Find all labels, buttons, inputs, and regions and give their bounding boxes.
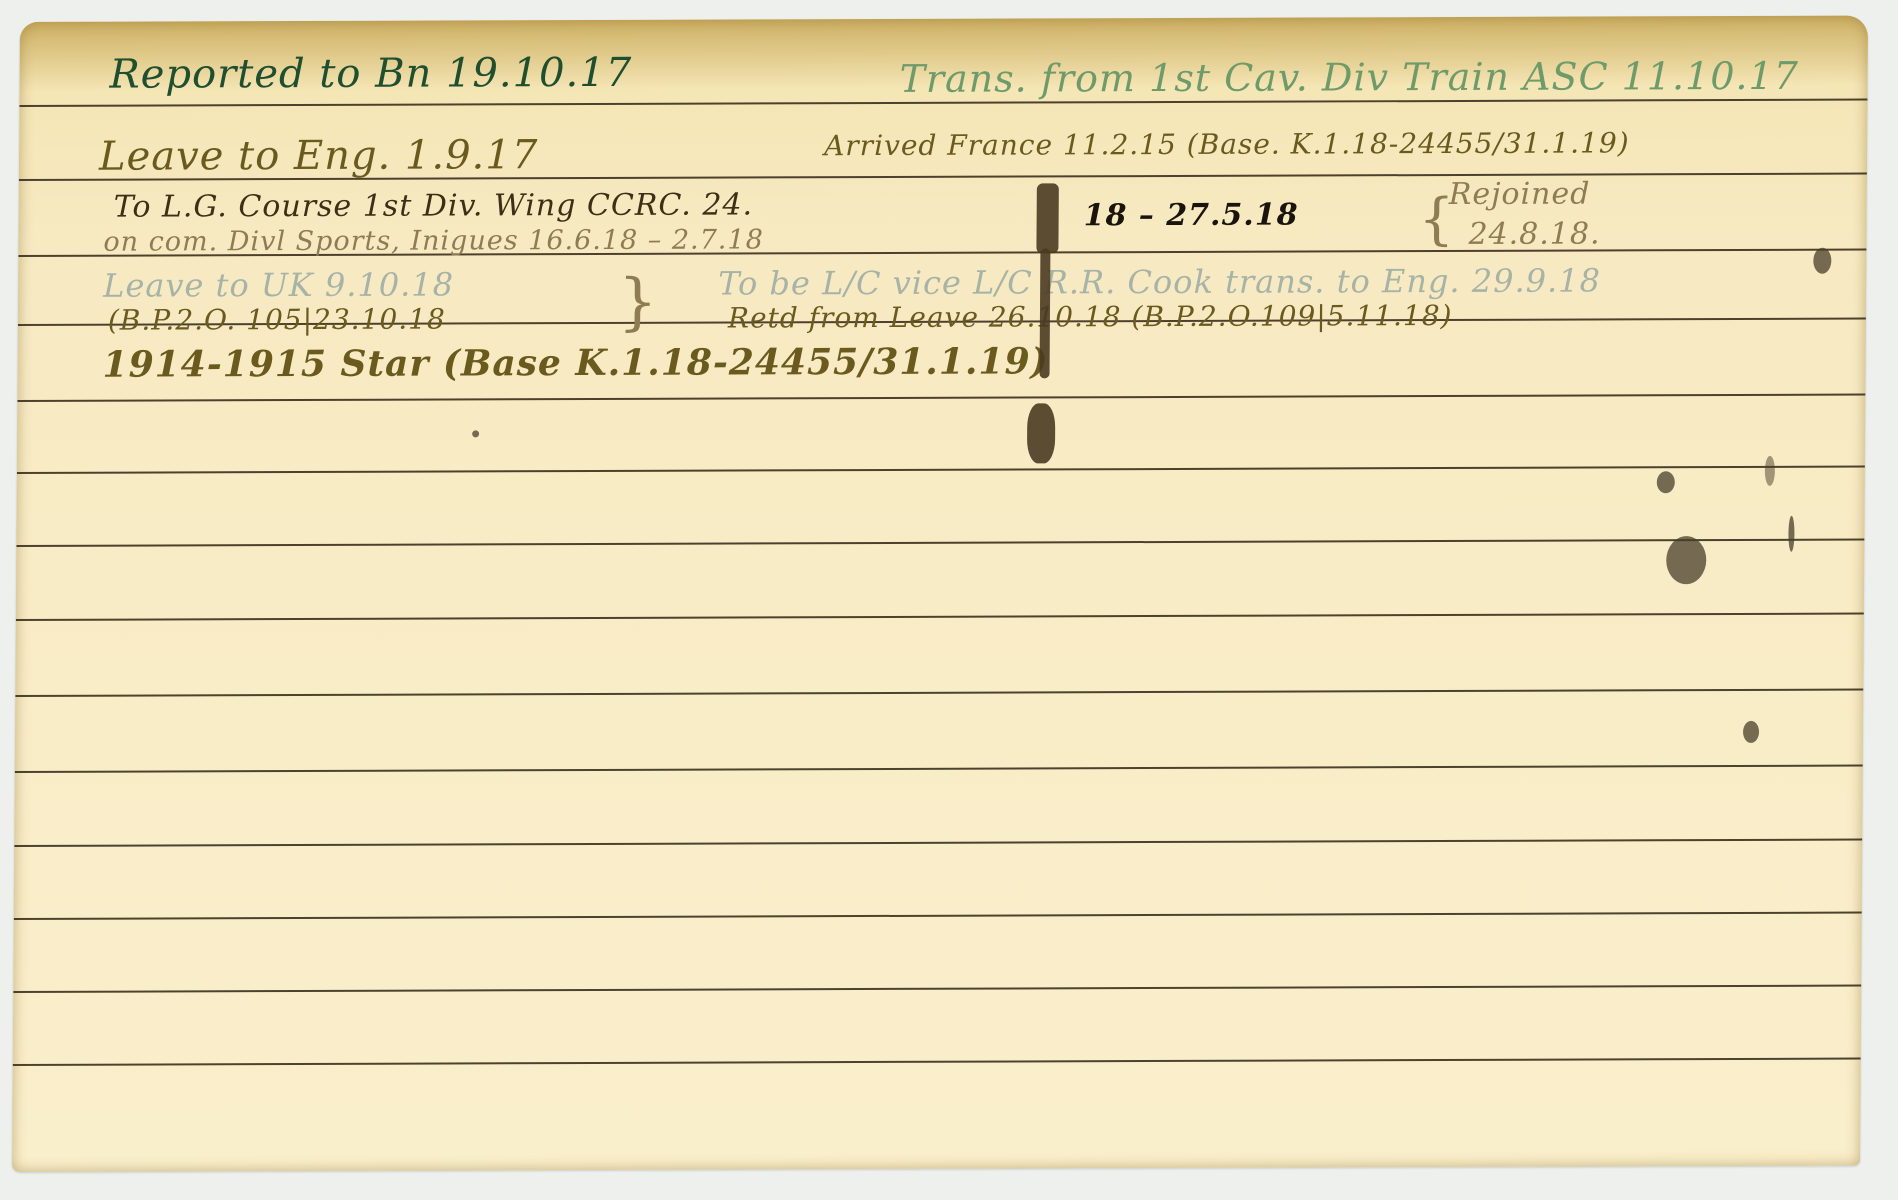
ruled-line [17, 394, 1865, 402]
record-card: Reported to Bn 19.10.17 Trans. from 1st … [12, 16, 1868, 1172]
ruled-line [15, 689, 1863, 697]
entry-to-be-lc: To be L/C vice L/C R.R. Cook trans. to E… [718, 261, 1601, 302]
entry-lg-course: To L.G. Course 1st Div. Wing CCRC. 24. [114, 187, 754, 224]
ink-spot [472, 430, 479, 437]
brace-left: } [618, 265, 659, 338]
entry-lg-course-dates: 18 – 27.5.18 [1084, 198, 1299, 234]
ink-spot [1788, 516, 1794, 552]
entry-leave-england: Leave to Eng. 1.9.17 [99, 132, 539, 180]
ink-spot [1813, 248, 1831, 274]
ink-streak [1040, 248, 1051, 378]
entry-returned-leave: Retd from Leave 26.10.18 (B.P.2.O.109|5.… [728, 299, 1453, 335]
ink-spot [1657, 471, 1675, 493]
entry-rejoined-date: 24.8.18. [1468, 216, 1600, 251]
ruled-line [13, 985, 1861, 993]
ruled-line [17, 466, 1865, 474]
entry-transferred: Trans. from 1st Cav. Div Train ASC 11.10… [899, 54, 1799, 101]
ruled-line [14, 912, 1862, 920]
entry-reported: Reported to Bn 19.10.17 [109, 50, 632, 98]
entry-bp-105: (B.P.2.O. 105|23.10.18 [108, 303, 446, 337]
ruled-line [15, 765, 1863, 773]
ink-blot [1027, 403, 1055, 463]
ruled-line [13, 1058, 1861, 1066]
ink-streak [1036, 183, 1058, 253]
entry-arrived-france: Arrived France 11.2.15 (Base. K.1.18-244… [824, 126, 1630, 162]
entry-leave-uk: Leave to UK 9.10.18 [103, 265, 454, 304]
ink-spot [1666, 536, 1706, 584]
entry-1914-15-star: 1914-1915 Star (Base K.1.18-24455/31.1.1… [102, 340, 1048, 385]
ink-spot [1743, 721, 1759, 743]
entry-rejoined: Rejoined [1449, 177, 1591, 212]
ruled-line [14, 839, 1862, 847]
ruled-line [16, 613, 1864, 621]
ruled-line [16, 539, 1864, 547]
ink-spot [1765, 456, 1775, 486]
entry-on-command: on com. Divl Sports, Inigues 16.6.18 – 2… [103, 224, 764, 257]
